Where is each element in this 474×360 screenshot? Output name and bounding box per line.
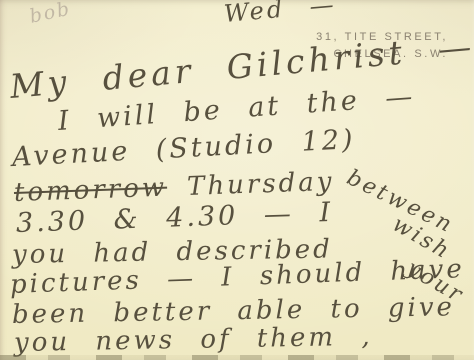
letter-page: bob Wed — 31, TITE STREET, CHELSEA. S.W.… [0, 0, 474, 360]
handwriting-line: you news of them , [14, 324, 373, 356]
pencil-inscription: bob [28, 0, 73, 27]
date-note: Wed — [223, 0, 338, 26]
paper-bottom-edge [0, 355, 474, 360]
handwriting-line: been better able to give [12, 294, 455, 328]
